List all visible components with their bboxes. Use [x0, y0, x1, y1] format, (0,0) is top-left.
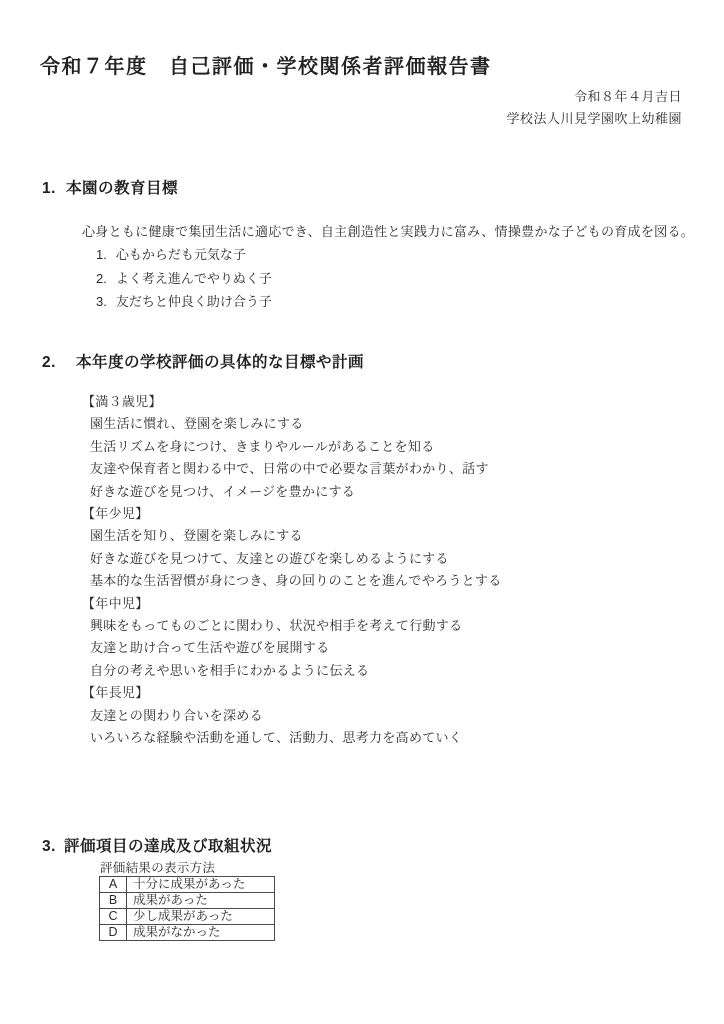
goal-item-text: 友だちと仲良く助け合う子	[116, 294, 272, 309]
goal-item: 1.心もからだも元気な子	[96, 243, 272, 267]
plan-line: 友達との関わり合いを深める	[82, 705, 502, 727]
section2-heading: 2.本年度の学校評価の具体的な目標や計画	[42, 350, 364, 372]
rating-grade: B	[100, 893, 127, 909]
age-group-label: 【年少児】	[82, 503, 502, 525]
goal-item-text: よく考え進んでやりぬく子	[116, 271, 272, 286]
section3-heading-text: 評価項目の達成及び取組状況	[64, 838, 272, 855]
plan-line: 友達や保育者と関わる中で、日常の中で必要な言葉がわかり、話す	[82, 458, 502, 480]
education-goal-intro: 心身ともに健康で集団生活に適応でき、自主創造性と実践力に富み、情操豊かな子どもの…	[82, 221, 694, 240]
document-page: 令和７年度 自己評価・学校関係者評価報告書 令和８年４月吉日 学校法人川見学園吹…	[0, 0, 724, 1024]
rating-description: 成果があった	[127, 893, 275, 909]
age-group-label: 【年長児】	[82, 682, 502, 704]
section1-number: 1.	[42, 180, 56, 198]
organization-name: 学校法人川見学園吹上幼稚園	[506, 108, 682, 130]
plan-line: いろいろな経験や活動を通して、活動力、思考力を高めていく	[82, 727, 502, 749]
date-block: 令和８年４月吉日 学校法人川見学園吹上幼稚園	[506, 86, 682, 130]
plan-line: 生活リズムを身につけ、きまりやルールがあることを知る	[82, 436, 502, 458]
table-row: C 少し成果があった	[100, 909, 275, 925]
plan-line: 興味をもってものごとに関わり、状況や相手を考えて行動する	[82, 615, 502, 637]
plan-line: 園生活に慣れ、登園を楽しみにする	[82, 413, 502, 435]
rating-description: 成果がなかった	[127, 925, 275, 941]
age-group-label: 【満３歳児】	[82, 391, 502, 413]
plan-line: 好きな遊びを見つけて、友達との遊びを楽しめるようにする	[82, 548, 502, 570]
section2-heading-text: 本年度の学校評価の具体的な目標や計画	[76, 354, 364, 371]
plan-line: 自分の考えや思いを相手にわかるように伝える	[82, 660, 502, 682]
yearly-plan-block: 【満３歳児】 園生活に慣れ、登園を楽しみにする 生活リズムを身につけ、きまりやル…	[82, 391, 502, 750]
section3-number: 3.	[42, 838, 56, 856]
rating-grade: A	[100, 877, 127, 893]
goal-item: 2.よく考え進んでやりぬく子	[96, 267, 272, 291]
section1-heading: 1.本園の教育目標	[42, 176, 178, 198]
table-row: D 成果がなかった	[100, 925, 275, 941]
section2-number: 2.	[42, 354, 56, 372]
rating-description: 十分に成果があった	[127, 877, 275, 893]
table-row: B 成果があった	[100, 893, 275, 909]
document-title: 令和７年度 自己評価・学校関係者評価報告書	[40, 50, 492, 79]
section1-heading-text: 本園の教育目標	[66, 180, 178, 197]
rating-grade: D	[100, 925, 127, 941]
goal-item: 3.友だちと仲良く助け合う子	[96, 290, 272, 314]
table-row: A 十分に成果があった	[100, 877, 275, 893]
plan-line: 基本的な生活習慣が身につき、身の回りのことを進んでやろうとする	[82, 570, 502, 592]
education-goal-list: 1.心もからだも元気な子 2.よく考え進んでやりぬく子 3.友だちと仲良く助け合…	[96, 243, 272, 314]
goal-item-number: 2.	[96, 267, 107, 291]
goal-item-text: 心もからだも元気な子	[116, 247, 246, 262]
goal-item-number: 3.	[96, 290, 107, 314]
plan-line: 友達と助け合って生活や遊びを展開する	[82, 637, 502, 659]
section3-heading: 3.評価項目の達成及び取組状況	[42, 834, 272, 856]
rating-legend-table: A 十分に成果があった B 成果があった C 少し成果があった D 成果がなかっ…	[99, 876, 275, 941]
rating-table-caption: 評価結果の表示方法	[100, 858, 215, 876]
issue-date: 令和８年４月吉日	[506, 86, 682, 108]
rating-grade: C	[100, 909, 127, 925]
plan-line: 好きな遊びを見つけ、イメージを豊かにする	[82, 481, 502, 503]
age-group-label: 【年中児】	[82, 593, 502, 615]
plan-line: 園生活を知り、登園を楽しみにする	[82, 525, 502, 547]
rating-description: 少し成果があった	[127, 909, 275, 925]
goal-item-number: 1.	[96, 243, 107, 267]
